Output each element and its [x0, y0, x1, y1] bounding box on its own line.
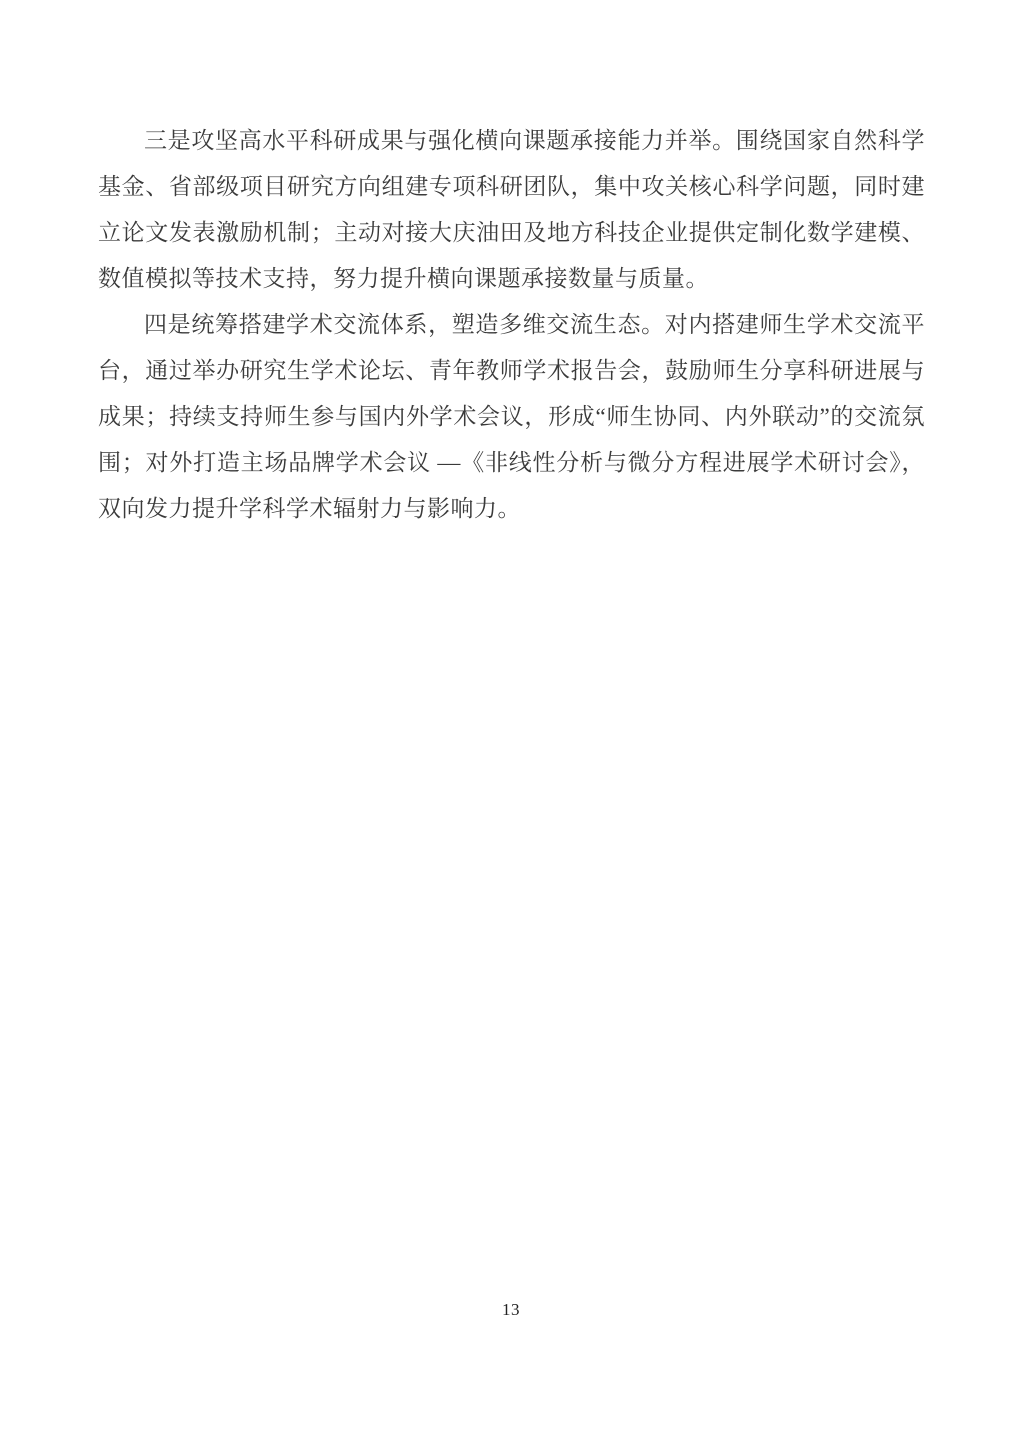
- document-page: 三是攻坚高水平科研成果与强化横向课题承接能力并举。围绕国家自然科学基金、省部级项…: [0, 0, 1022, 1433]
- document-body: 三是攻坚高水平科研成果与强化横向课题承接能力并举。围绕国家自然科学基金、省部级项…: [98, 118, 925, 532]
- paragraph-academic-exchange: 四是统筹搭建学术交流体系，塑造多维交流生态。对内搭建师生学术交流平台，通过举办研…: [98, 302, 925, 532]
- page-number: 13: [0, 1300, 1022, 1320]
- paragraph-research-achievements: 三是攻坚高水平科研成果与强化横向课题承接能力并举。围绕国家自然科学基金、省部级项…: [98, 118, 925, 302]
